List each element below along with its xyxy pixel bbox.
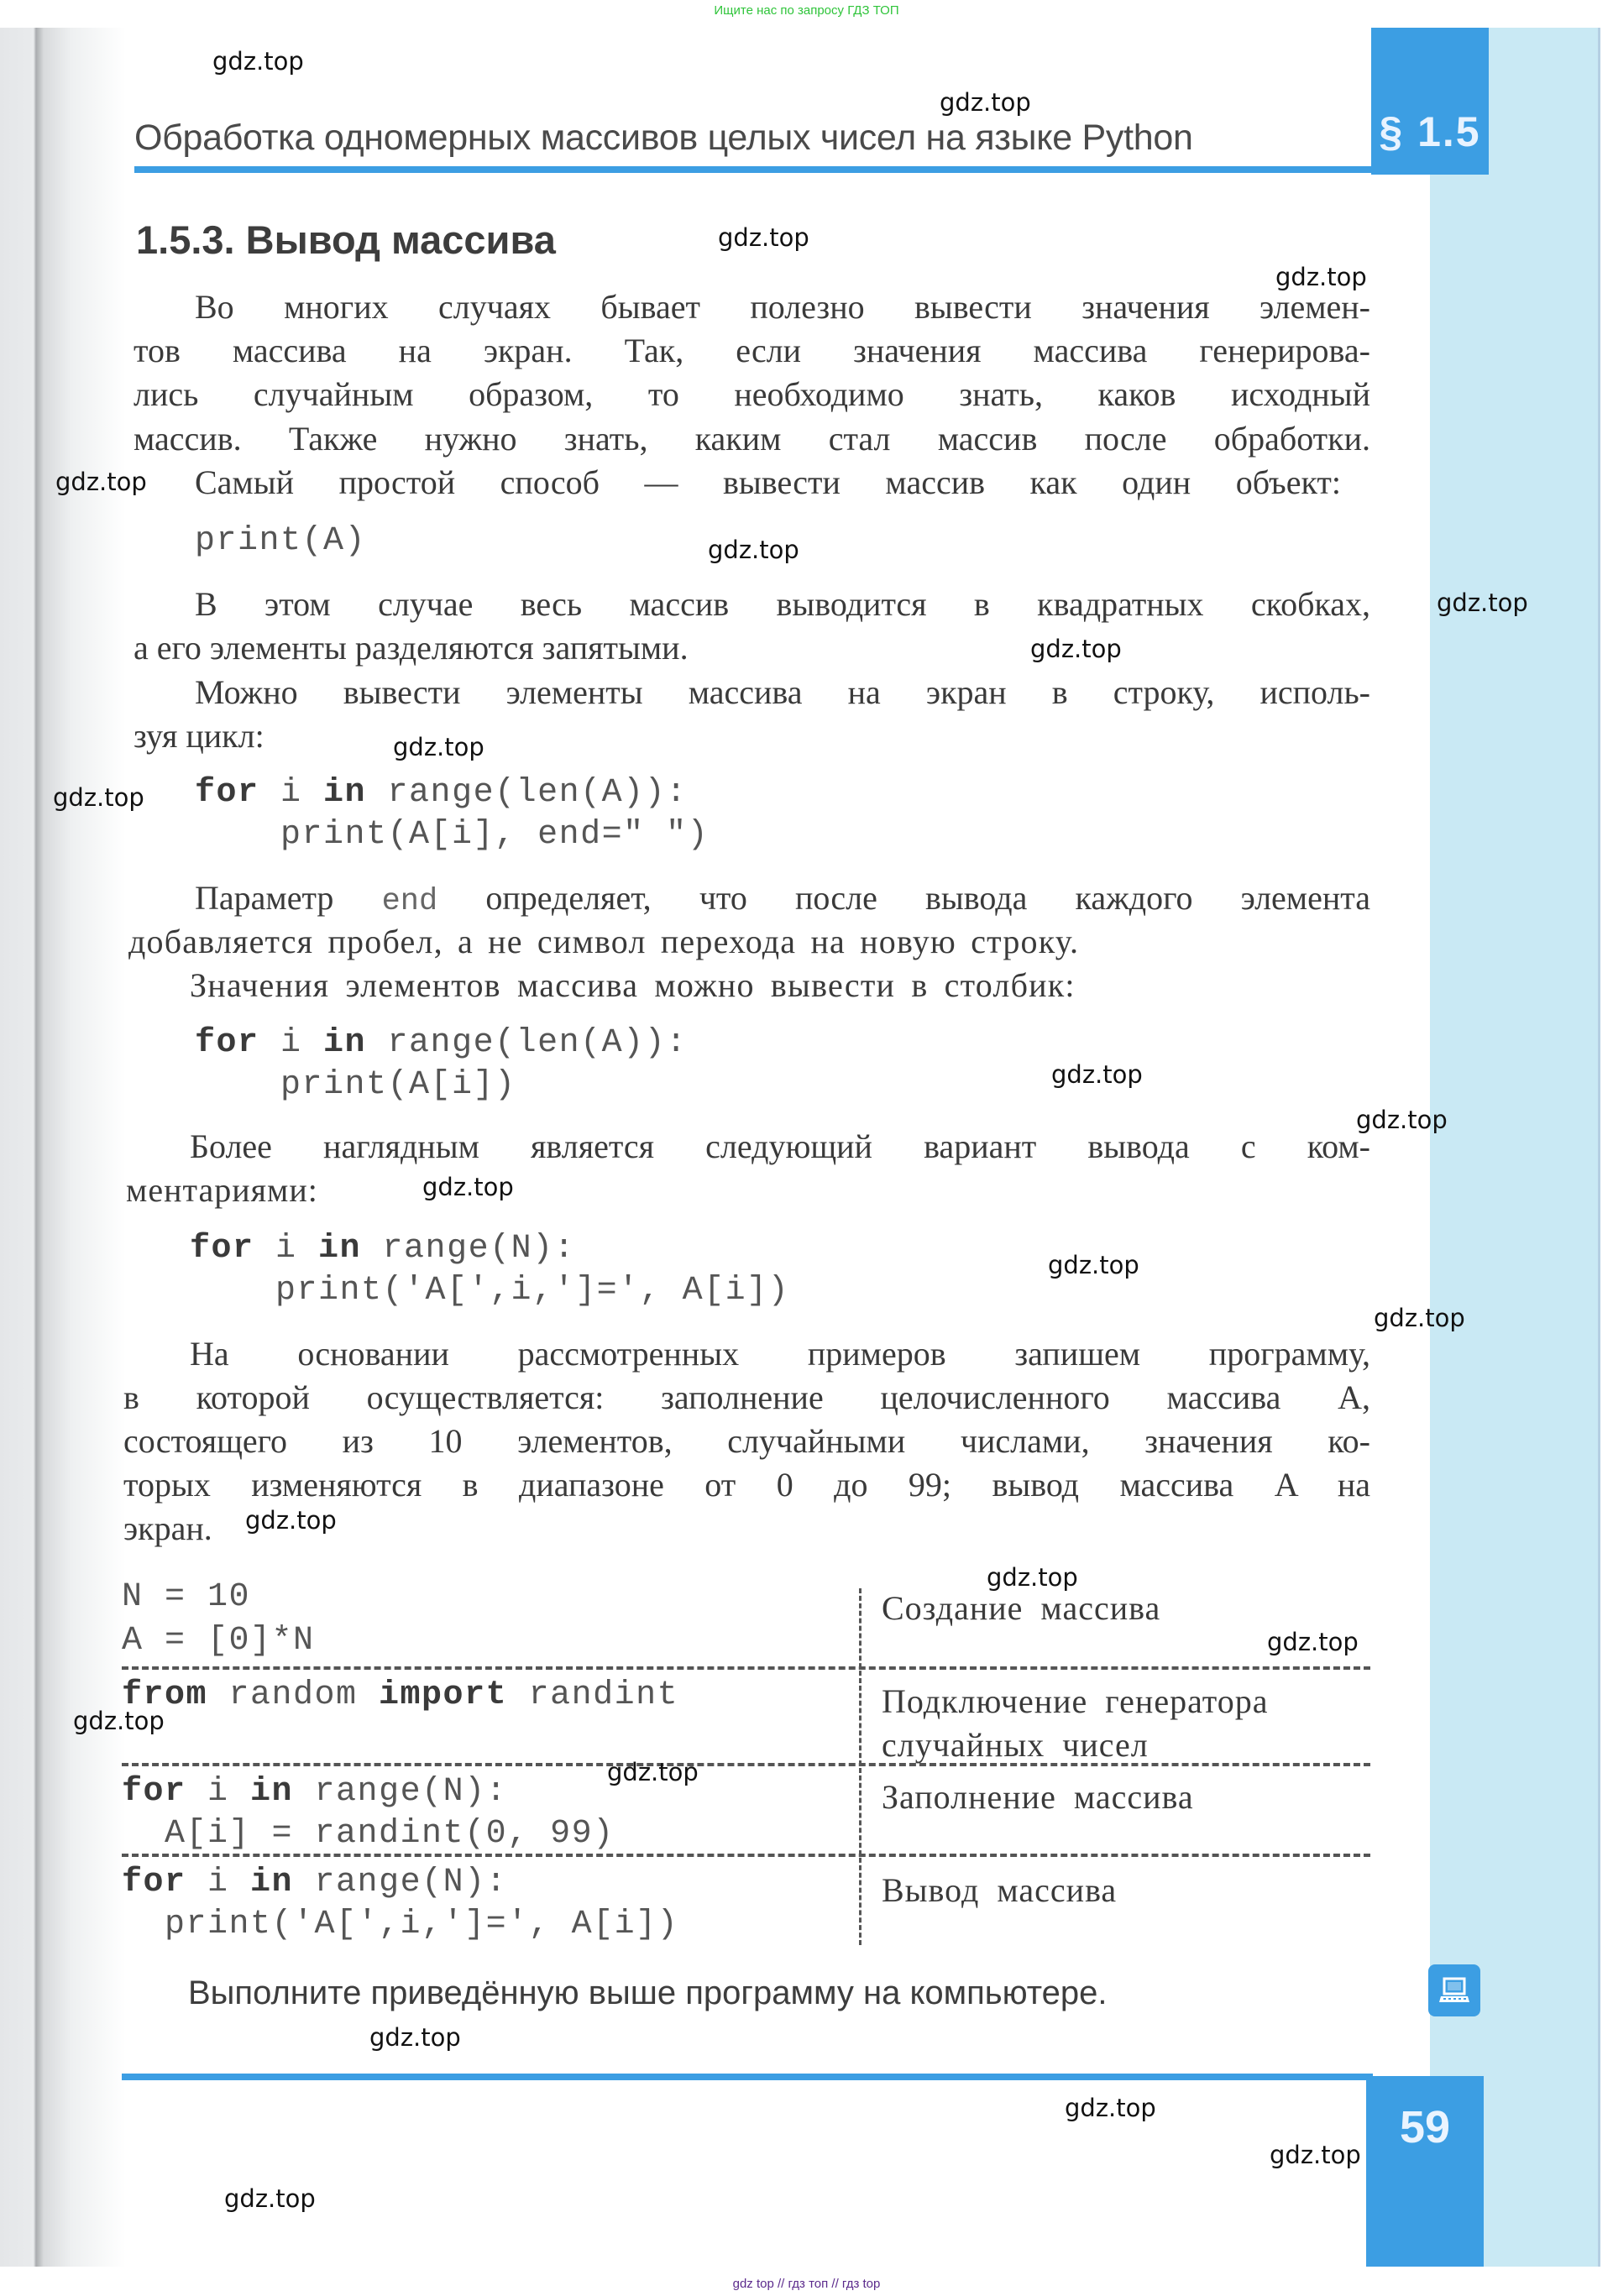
table-code: A[i] = randint(0, 99) [122,1813,615,1855]
paragraph-line: зуя цикл: [134,714,264,758]
watermark: gdz.top [607,1758,699,1786]
watermark: gdz.top [1270,2141,1361,2169]
paragraph-line: экран. [123,1507,212,1551]
watermark: gdz.top [393,733,484,761]
header-divider [134,166,1373,173]
paragraph-line: В этом случае весь массив выводится в кв… [195,583,1370,626]
watermark: gdz.top [212,47,304,76]
watermark: gdz.top [940,88,1031,117]
code-loop-line: for i in range(N): [190,1228,575,1270]
section-number: § 1.5 [1371,107,1489,156]
paragraph-line: Параметр end определяет, что после вывод… [195,876,1370,923]
table-column-divider [859,1588,861,1945]
code-print-line: print('A[',i,']=', A[i]) [190,1270,789,1312]
watermark: gdz.top [1267,1628,1359,1656]
table-comment: случайных чисел [882,1725,1149,1765]
watermark: gdz.top [1275,263,1367,291]
watermark: gdz.top [422,1173,514,1201]
code-loop-line: for i in range(len(A)): [195,772,688,814]
watermark: gdz.top [1030,635,1122,663]
watermark: gdz.top [708,536,799,564]
table-code: N = 10 [122,1577,250,1619]
paragraph-line: Во многих случаях бывает полезно вывести… [195,285,1370,329]
watermark: gdz.top [1437,588,1528,617]
table-code: for i in range(N): [122,1862,507,1904]
watermark: gdz.top [1374,1304,1465,1332]
section-heading: 1.5.3. Вывод массива [136,217,556,263]
table-row-divider [122,1763,1370,1766]
paragraph-line: На основании рассмотренных примеров запи… [190,1332,1370,1376]
code-print-line: print(A[i]) [195,1064,516,1106]
watermark: gdz.top [1356,1106,1448,1134]
paragraph-line: ментариями: [126,1169,318,1212]
paragraph-line: массив. Также нужно знать, каким стал ма… [134,417,1370,461]
paragraph-line: Значения элементов массива можно вывести… [190,964,1076,1007]
paragraph-line: торых изменяются в диапазоне от 0 до 99;… [123,1463,1370,1507]
watermark: gdz.top [224,2184,316,2213]
paragraph-line: Можно вывести элементы массива на экран … [195,671,1370,714]
watermark: gdz.top [987,1563,1078,1592]
top-banner: Ищите нас по запросу ГДЗ ТОП [0,3,1613,18]
table-code: A = [0]*N [122,1620,315,1662]
watermark: gdz.top [1051,1060,1143,1089]
watermark: gdz.top [55,468,147,496]
watermark: gdz.top [1065,2094,1156,2122]
watermark: gdz.top [245,1506,337,1535]
paragraph-line: Самый простой способ — вывести массив ка… [195,461,1341,505]
paragraph-line: добавляется пробел, а не символ перехода… [128,920,1079,964]
paragraph-line: в которой осуществляется: заполнение цел… [123,1376,1370,1420]
watermark: gdz.top [53,783,144,812]
watermark: gdz.top [718,223,809,252]
table-row-divider [122,1666,1370,1670]
table-code: for i in range(N): [122,1771,507,1813]
bottom-banner: gdz top // гдз топ // гдз top [0,2277,1613,2291]
paragraph-line: лись случайным образом, то необходимо зн… [134,373,1370,416]
paragraph-line: тов массива на экран. Так, если значения… [134,329,1370,373]
chapter-title: Обработка одномерных массивов целых чисе… [134,118,1193,159]
code-loop-line: for i in range(len(A)): [195,1022,688,1064]
watermark: gdz.top [73,1707,165,1735]
page-gutter-shadow [0,28,126,2267]
footer-divider [122,2074,1373,2080]
paragraph-line: Более наглядным является следующий вариа… [190,1125,1370,1169]
code-print-line: print(A[i], end=" ") [195,814,709,856]
watermark: gdz.top [369,2023,461,2052]
paragraph-line: а его элементы разделяются запятыми. [134,626,689,670]
table-code: print('A[',i,']=', A[i]) [122,1904,678,1946]
code-print-array: print(A) [195,520,366,562]
table-comment: Заполнение массива [882,1777,1194,1817]
task-text: Выполните приведённую выше программу на … [188,1974,1108,2012]
table-comment: Подключение генератора [882,1681,1269,1721]
page-number: 59 [1366,2101,1484,2153]
table-comment: Создание массива [882,1588,1160,1628]
table-code: from random import randint [122,1675,678,1717]
watermark: gdz.top [1048,1251,1139,1279]
side-strip [1430,28,1600,2267]
table-comment: Вывод массива [882,1870,1117,1910]
paragraph-line: состоящего из 10 элементов, случайными ч… [123,1420,1370,1463]
inline-code-end: end [382,884,438,919]
computer-icon [1428,1964,1480,2016]
